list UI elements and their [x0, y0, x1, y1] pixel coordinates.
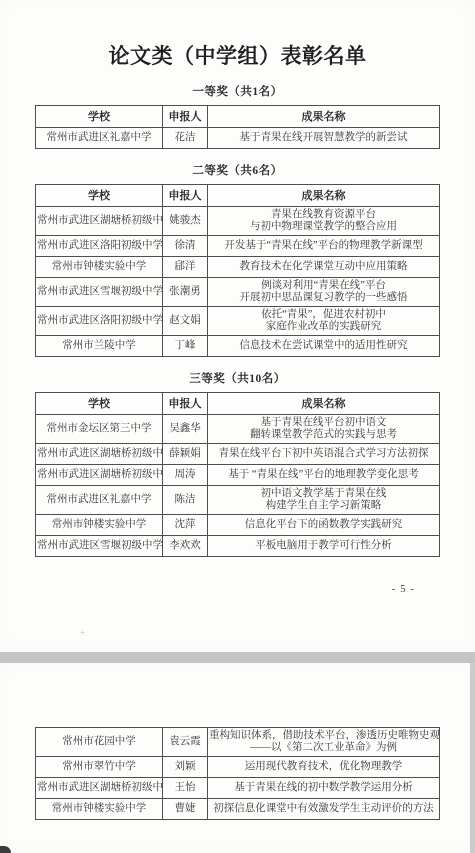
- table-header: 学校 申报人 成果名称: [36, 185, 440, 207]
- table-row: 常州市武进区礼嘉中学花洁基于青果在线开展智慧教学的新尝试: [36, 128, 440, 149]
- applicant-cell: 李欢欢: [163, 536, 208, 557]
- column-header-applicant: 申报人: [163, 393, 208, 415]
- table-header: 学校 申报人 成果名称: [36, 393, 440, 415]
- column-header-school: 学校: [36, 185, 163, 207]
- document-page-6-partial: 常州市花园中学袁云霞重构知识体系，借助技术平台，渗透历史唯物史观——以《第二次工…: [0, 663, 475, 853]
- scanned-document: 论文类（中学组）表彰名单 一等奖（共1名） 学校 申报人 成果名称 常州市武进区…: [0, 0, 475, 853]
- school-cell: 常州市武进区雪堰初级中学: [36, 278, 163, 307]
- document-page-5: 论文类（中学组）表彰名单 一等奖（共1名） 学校 申报人 成果名称 常州市武进区…: [0, 0, 475, 652]
- school-cell: 常州市武进区湖塘桥初级中学: [36, 444, 163, 465]
- applicant-cell: 沈萍: [163, 515, 208, 536]
- table-row: 常州市钟楼实验中学沈萍信息化平台下的函数教学实践研究: [36, 515, 440, 536]
- applicant-cell: 吴鑫华: [163, 415, 208, 444]
- school-cell: 常州市武进区礼嘉中学: [36, 128, 163, 149]
- school-cell: 常州市花园中学: [36, 728, 163, 757]
- applicant-cell: 丁峰: [163, 336, 208, 357]
- school-cell: 常州市武进区湖塘桥初级中学: [36, 778, 163, 799]
- school-cell: 常州市武进区雪堰初级中学: [36, 536, 163, 557]
- achievement-cell: 基于青果在线开展智慧教学的新尝试: [208, 128, 440, 149]
- school-cell: 常州市钟楼实验中学: [36, 257, 163, 278]
- achievement-cell: 信息化平台下的函数教学实践研究: [208, 515, 440, 536]
- table-row: 常州市翠竹中学刘颖运用现代教育技术，优化物理教学: [36, 757, 440, 778]
- applicant-cell: 周涛: [163, 465, 208, 486]
- section-heading-first-prize: 一等奖（共1名）: [0, 83, 475, 99]
- applicant-cell: 花洁: [163, 128, 208, 149]
- table-header: 学校 申报人 成果名称: [36, 106, 440, 128]
- table-body: 常州市花园中学袁云霞重构知识体系，借助技术平台，渗透历史唯物史观——以《第二次工…: [36, 728, 440, 820]
- achievement-cell: 开发基于“青果在线”平台的物理教学新课型: [208, 236, 440, 257]
- column-header-achievement: 成果名称: [208, 185, 440, 207]
- achievement-cell: 基于青果在线的初中数学教学运用分析: [208, 778, 440, 799]
- school-cell: 常州市武进区洛阳初级中学: [36, 236, 163, 257]
- achievement-cell: 初探信息化课堂中有效激发学生主动评价的方法: [208, 799, 440, 820]
- applicant-cell: 陈洁: [163, 486, 208, 515]
- section-heading-third-prize: 三等奖（共10名）: [0, 370, 475, 386]
- award-table-third-prize: 学校 申报人 成果名称 常州市金坛区第三中学吴鑫华基于青果在线平台初中语文翻转课…: [35, 392, 440, 557]
- table-row: 常州市武进区湖塘桥初级中学姚骏杰青果在线教育资源平台与初中物理课堂教学的整合应用: [36, 207, 440, 236]
- achievement-cell: 教育技术在化学课堂互动中应用策略: [208, 257, 440, 278]
- school-cell: 常州市武进区湖塘桥初级中学: [36, 207, 163, 236]
- table-row: 常州市钟楼实验中学郈洋教育技术在化学课堂互动中应用策略: [36, 257, 440, 278]
- school-cell: 常州市翠竹中学: [36, 757, 163, 778]
- achievement-cell: 重构知识体系，借助技术平台，渗透历史唯物史观——以《第二次工业革命》为例: [208, 728, 440, 757]
- column-header-applicant: 申报人: [163, 185, 208, 207]
- table-row: 常州市武进区洛阳初级中学徐清开发基于“青果在线”平台的物理教学新课型: [36, 236, 440, 257]
- section-heading-second-prize: 二等奖（共6名）: [0, 162, 475, 178]
- page-number: - 5 -: [0, 583, 475, 595]
- table-body: 常州市金坛区第三中学吴鑫华基于青果在线平台初中语文翻转课堂教学范式的实践与思考常…: [36, 415, 440, 557]
- achievement-cell: 平板电脑用于教学可行性分析: [208, 536, 440, 557]
- school-cell: 常州市武进区礼嘉中学: [36, 486, 163, 515]
- table-row: 常州市武进区雪堰初级中学李欢欢平板电脑用于教学可行性分析: [36, 536, 440, 557]
- scan-edge-strip: [470, 663, 475, 853]
- page-title: 论文类（中学组）表彰名单: [0, 40, 475, 70]
- table-row: 常州市武进区湖塘桥初级中学周涛基于 “青果在线”平台的地理教学变化思考: [36, 465, 440, 486]
- school-cell: 常州市武进区洛阳初级中学: [36, 307, 163, 336]
- scan-artifact-mark: +: [80, 628, 85, 638]
- achievement-cell: 运用现代教育技术，优化物理教学: [208, 757, 440, 778]
- school-cell: 常州市金坛区第三中学: [36, 415, 163, 444]
- table-row: 常州市钟楼实验中学曹婕初探信息化课堂中有效激发学生主动评价的方法: [36, 799, 440, 820]
- column-header-school: 学校: [36, 106, 163, 128]
- applicant-cell: 王怡: [163, 778, 208, 799]
- applicant-cell: 赵文娟: [163, 307, 208, 336]
- applicant-cell: 郈洋: [163, 257, 208, 278]
- applicant-cell: 袁云霞: [163, 728, 208, 757]
- page-divider: [0, 652, 475, 663]
- applicant-cell: 张潮勇: [163, 278, 208, 307]
- school-cell: 常州市武进区湖塘桥初级中学: [36, 465, 163, 486]
- table-row: 常州市兰陵中学丁峰信息技术在尝试课堂中的适用性研究: [36, 336, 440, 357]
- table-header-row: 学校 申报人 成果名称: [36, 185, 440, 207]
- achievement-cell: 青果在线教育资源平台与初中物理课堂教学的整合应用: [208, 207, 440, 236]
- table-row: 常州市花园中学袁云霞重构知识体系，借助技术平台，渗透历史唯物史观——以《第二次工…: [36, 728, 440, 757]
- achievement-cell: 例谈对利用“青果在线”平台开展初中思品课复习教学的一些感悟: [208, 278, 440, 307]
- column-header-applicant: 申报人: [163, 106, 208, 128]
- achievement-cell: 初中语文教学基于青果在线构建学生自主学习新策略: [208, 486, 440, 515]
- achievement-cell: 依托“青果”，促进农村初中家庭作业改革的实践研究: [208, 307, 440, 336]
- school-cell: 常州市兰陵中学: [36, 336, 163, 357]
- table-header-row: 学校 申报人 成果名称: [36, 393, 440, 415]
- school-cell: 常州市钟楼实验中学: [36, 515, 163, 536]
- achievement-cell: 信息技术在尝试课堂中的适用性研究: [208, 336, 440, 357]
- table-header-row: 学校 申报人 成果名称: [36, 106, 440, 128]
- table-row: 常州市武进区湖塘桥初级中学薛颖娟青果在线平台下初中英语混合式学习方法初探: [36, 444, 440, 465]
- table-row: 常州市武进区礼嘉中学陈洁初中语文教学基于青果在线构建学生自主学习新策略: [36, 486, 440, 515]
- table-body: 常州市武进区湖塘桥初级中学姚骏杰青果在线教育资源平台与初中物理课堂教学的整合应用…: [36, 207, 440, 357]
- applicant-cell: 刘颖: [163, 757, 208, 778]
- column-header-achievement: 成果名称: [208, 106, 440, 128]
- table-row: 常州市武进区雪堰初级中学张潮勇例谈对利用“青果在线”平台开展初中思品课复习教学的…: [36, 278, 440, 307]
- table-body: 常州市武进区礼嘉中学花洁基于青果在线开展智慧教学的新尝试: [36, 128, 440, 149]
- achievement-cell: 基于青果在线平台初中语文翻转课堂教学范式的实践与思考: [208, 415, 440, 444]
- applicant-cell: 徐清: [163, 236, 208, 257]
- award-table-first-prize: 学校 申报人 成果名称 常州市武进区礼嘉中学花洁基于青果在线开展智慧教学的新尝试: [35, 105, 440, 149]
- table-row: 常州市武进区湖塘桥初级中学王怡基于青果在线的初中数学教学运用分析: [36, 778, 440, 799]
- school-cell: 常州市钟楼实验中学: [36, 799, 163, 820]
- table-row: 常州市武进区洛阳初级中学赵文娟依托“青果”，促进农村初中家庭作业改革的实践研究: [36, 307, 440, 336]
- achievement-cell: 基于 “青果在线”平台的地理教学变化思考: [208, 465, 440, 486]
- scan-corner-smudge: [0, 846, 11, 853]
- applicant-cell: 姚骏杰: [163, 207, 208, 236]
- achievement-cell: 青果在线平台下初中英语混合式学习方法初探: [208, 444, 440, 465]
- award-table-second-prize: 学校 申报人 成果名称 常州市武进区湖塘桥初级中学姚骏杰青果在线教育资源平台与初…: [35, 184, 440, 357]
- column-header-school: 学校: [36, 393, 163, 415]
- applicant-cell: 薛颖娟: [163, 444, 208, 465]
- award-table-third-prize-continued: 常州市花园中学袁云霞重构知识体系，借助技术平台，渗透历史唯物史观——以《第二次工…: [35, 727, 440, 820]
- table-row: 常州市金坛区第三中学吴鑫华基于青果在线平台初中语文翻转课堂教学范式的实践与思考: [36, 415, 440, 444]
- column-header-achievement: 成果名称: [208, 393, 440, 415]
- applicant-cell: 曹婕: [163, 799, 208, 820]
